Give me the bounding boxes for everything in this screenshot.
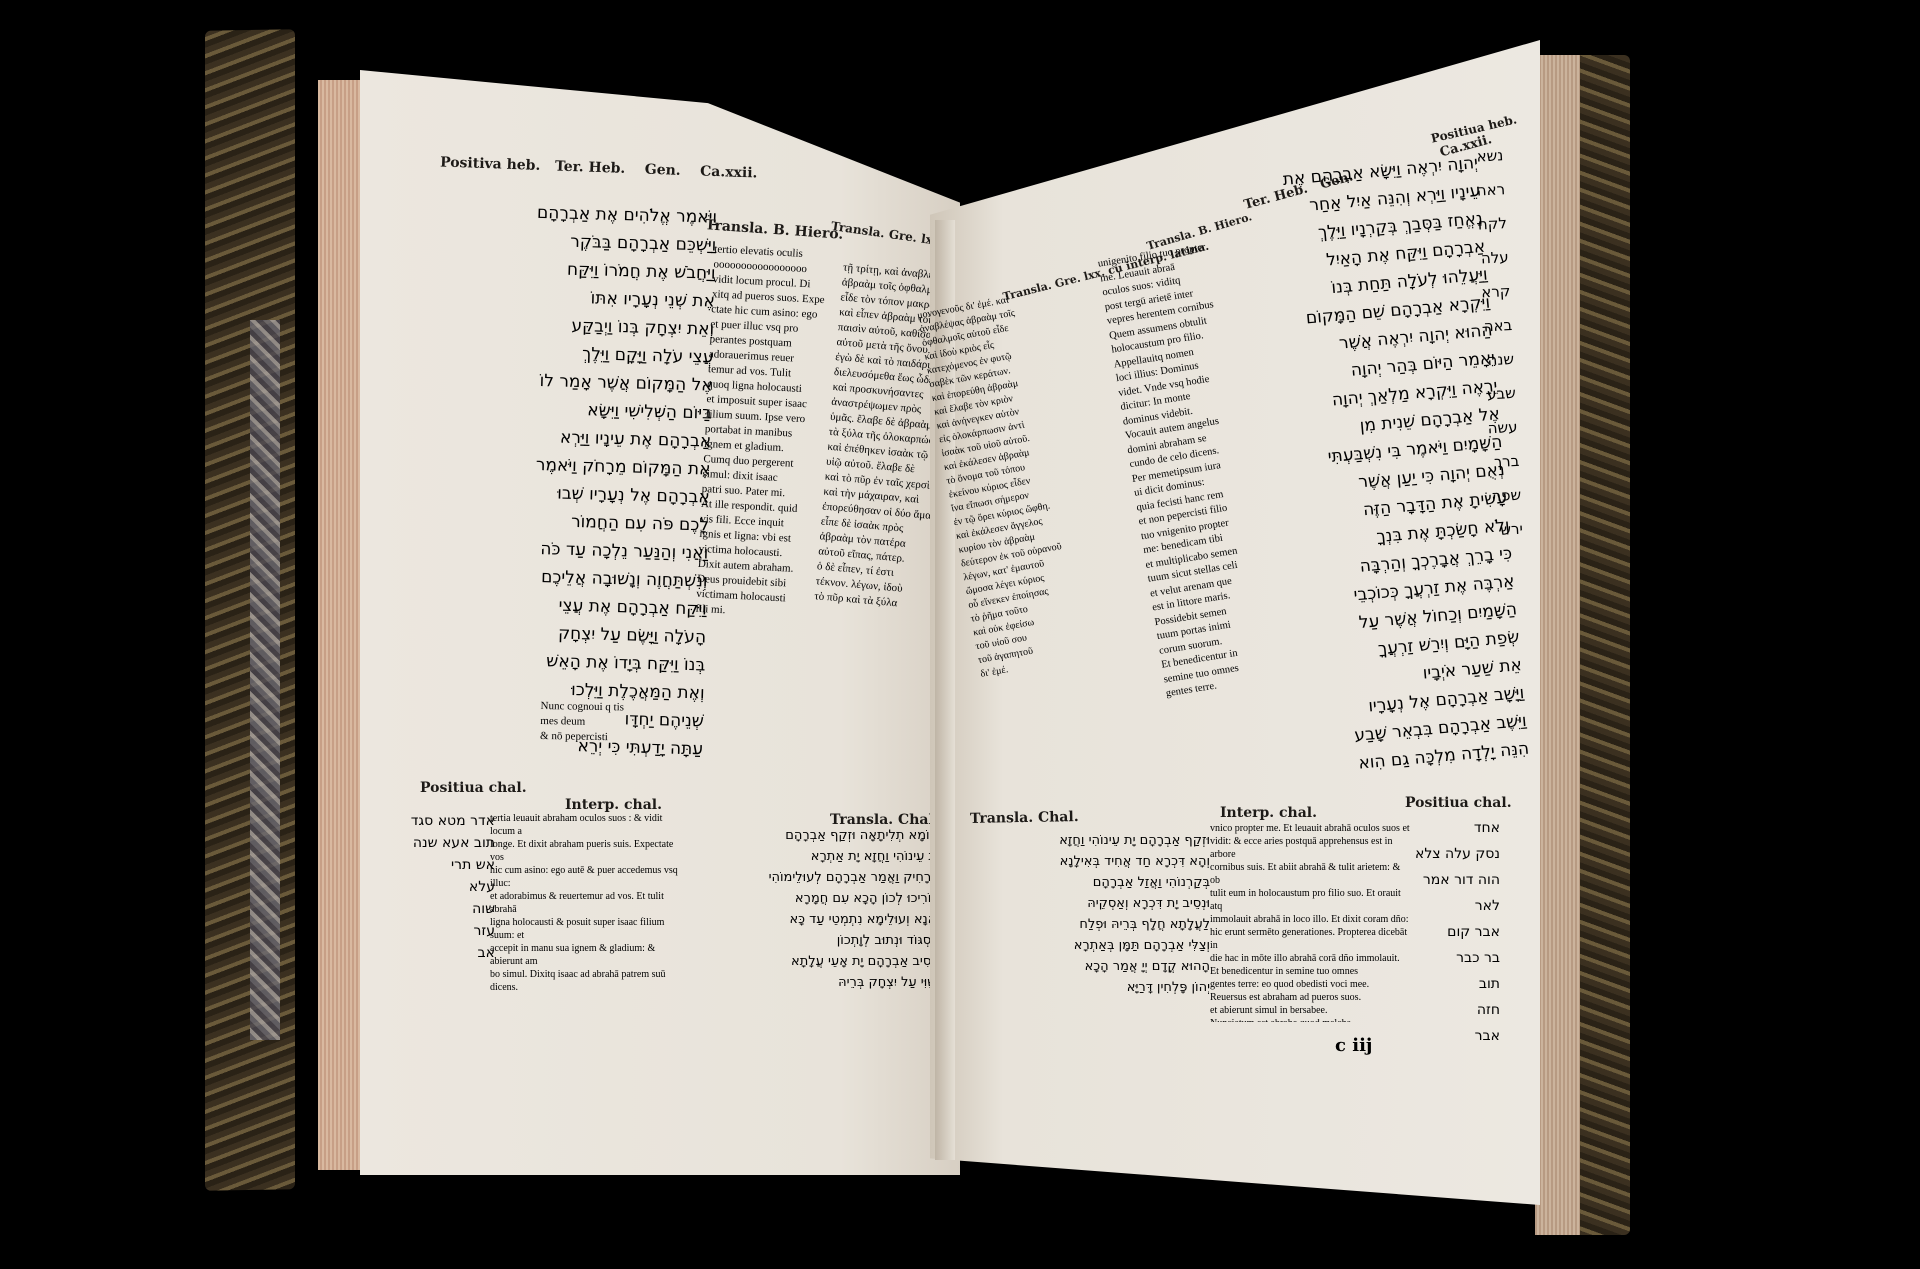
interp-line: hic cum asino: ego autē & puer accedemus… (490, 864, 680, 890)
left-margin-chaldean: אדר מטא סגדתוב אעא שנהאש תריעלאשוהעזראב (410, 810, 495, 990)
margin-word: הוה (1478, 872, 1500, 888)
left-positiva-chal-heading: Positiua chal. (420, 780, 527, 796)
interp-line: longe. Et dixit abraham pueris suis. Exp… (490, 838, 680, 864)
running-head-text: Ter. Heb. (555, 158, 626, 176)
margin-word: צלא (1415, 846, 1441, 862)
left-targum-column: בְּיוֹמָא תְלִיתָאָה וּזְקַף אַבְרָהָםיָ… (690, 825, 940, 1005)
interp-line: accepit in manu sua ignem & gladium: & a… (490, 942, 680, 968)
running-head-chapter: Ca.xxii. (700, 164, 758, 182)
margin-word: דור (1454, 872, 1473, 888)
interp-line: die hac in mōte illo abrahā corā dño imm… (1210, 952, 1410, 965)
page-edges-left (318, 80, 366, 1170)
marbled-endpaper (250, 320, 280, 1040)
interp-line: tulit eum in holocaustum pro filio suo. … (1210, 887, 1410, 913)
page-edges-right (1535, 55, 1580, 1235)
interp-line: immolauit abrahā in loco illo. Et dixit … (1210, 913, 1410, 926)
margin-word: נסק (1475, 846, 1500, 862)
photo-scene: Positiva heb. Ter. Heb. Gen. Ca.xxii. וַ… (0, 0, 1920, 1269)
interp-line: et adorabimus & reuertemur ad vos. Et tu… (490, 890, 680, 916)
right-interp-chal-text: vnico propter me. Et leuauit abrahā ocul… (1210, 822, 1410, 1022)
book-cover-right (1575, 55, 1630, 1235)
interp-line: hic erunt sermēto generationes. Proptere… (1210, 926, 1410, 952)
interp-line: tertia leuauit abraham oculos suos : & v… (490, 812, 680, 838)
left-interp-chal-text: tertia leuauit abraham oculos suos : & v… (490, 812, 680, 992)
right-targum-heading: Transla. Chal. (970, 809, 1079, 827)
right-targum-column: וּזְקַף אַבְרָהָם יָת עֵינוֹהִי וַחֲזָאו… (935, 830, 1210, 1020)
right-interp-chal-heading: Interp. chal. (1220, 805, 1317, 821)
interp-line: bo simul. Dixitq isaac ad abrahā patrem … (490, 968, 680, 992)
left-latin-sample: Nunc cognoui q tis mes deum & nō peperci… (539, 699, 660, 781)
right-positiva-chal-heading: Positiua chal. (1405, 795, 1512, 811)
running-head-book: Gen. (644, 162, 680, 179)
folio-signature: c iij (1335, 1035, 1372, 1056)
interp-line: ligna holocausti & posuit super isaac fi… (490, 916, 680, 942)
interp-line: vnico propter me. Et leuauit abrahā ocul… (1210, 822, 1410, 835)
margin-word: אמר (1423, 872, 1450, 888)
right-margin-chaldean: אחד נסק עלה צלא הוה דור אמר לאראבר קוםבר… (1400, 815, 1500, 1055)
left-hebrew-column: וַיֹּאמֶר אֱלֹהִים אֶת אַבְרָהָםוַיַּשְׁ… (433, 197, 718, 774)
left-interp-chal-heading: Interp. chal. (565, 797, 662, 813)
interp-line: vidit: & ecce aries postquā apprehensus … (1210, 835, 1410, 861)
latin-line: & nō pepercisti (540, 729, 660, 746)
margin-word: אחד (1400, 815, 1500, 841)
interp-line: cornibus suis. Et abiit abrahā & tulit a… (1210, 861, 1410, 887)
